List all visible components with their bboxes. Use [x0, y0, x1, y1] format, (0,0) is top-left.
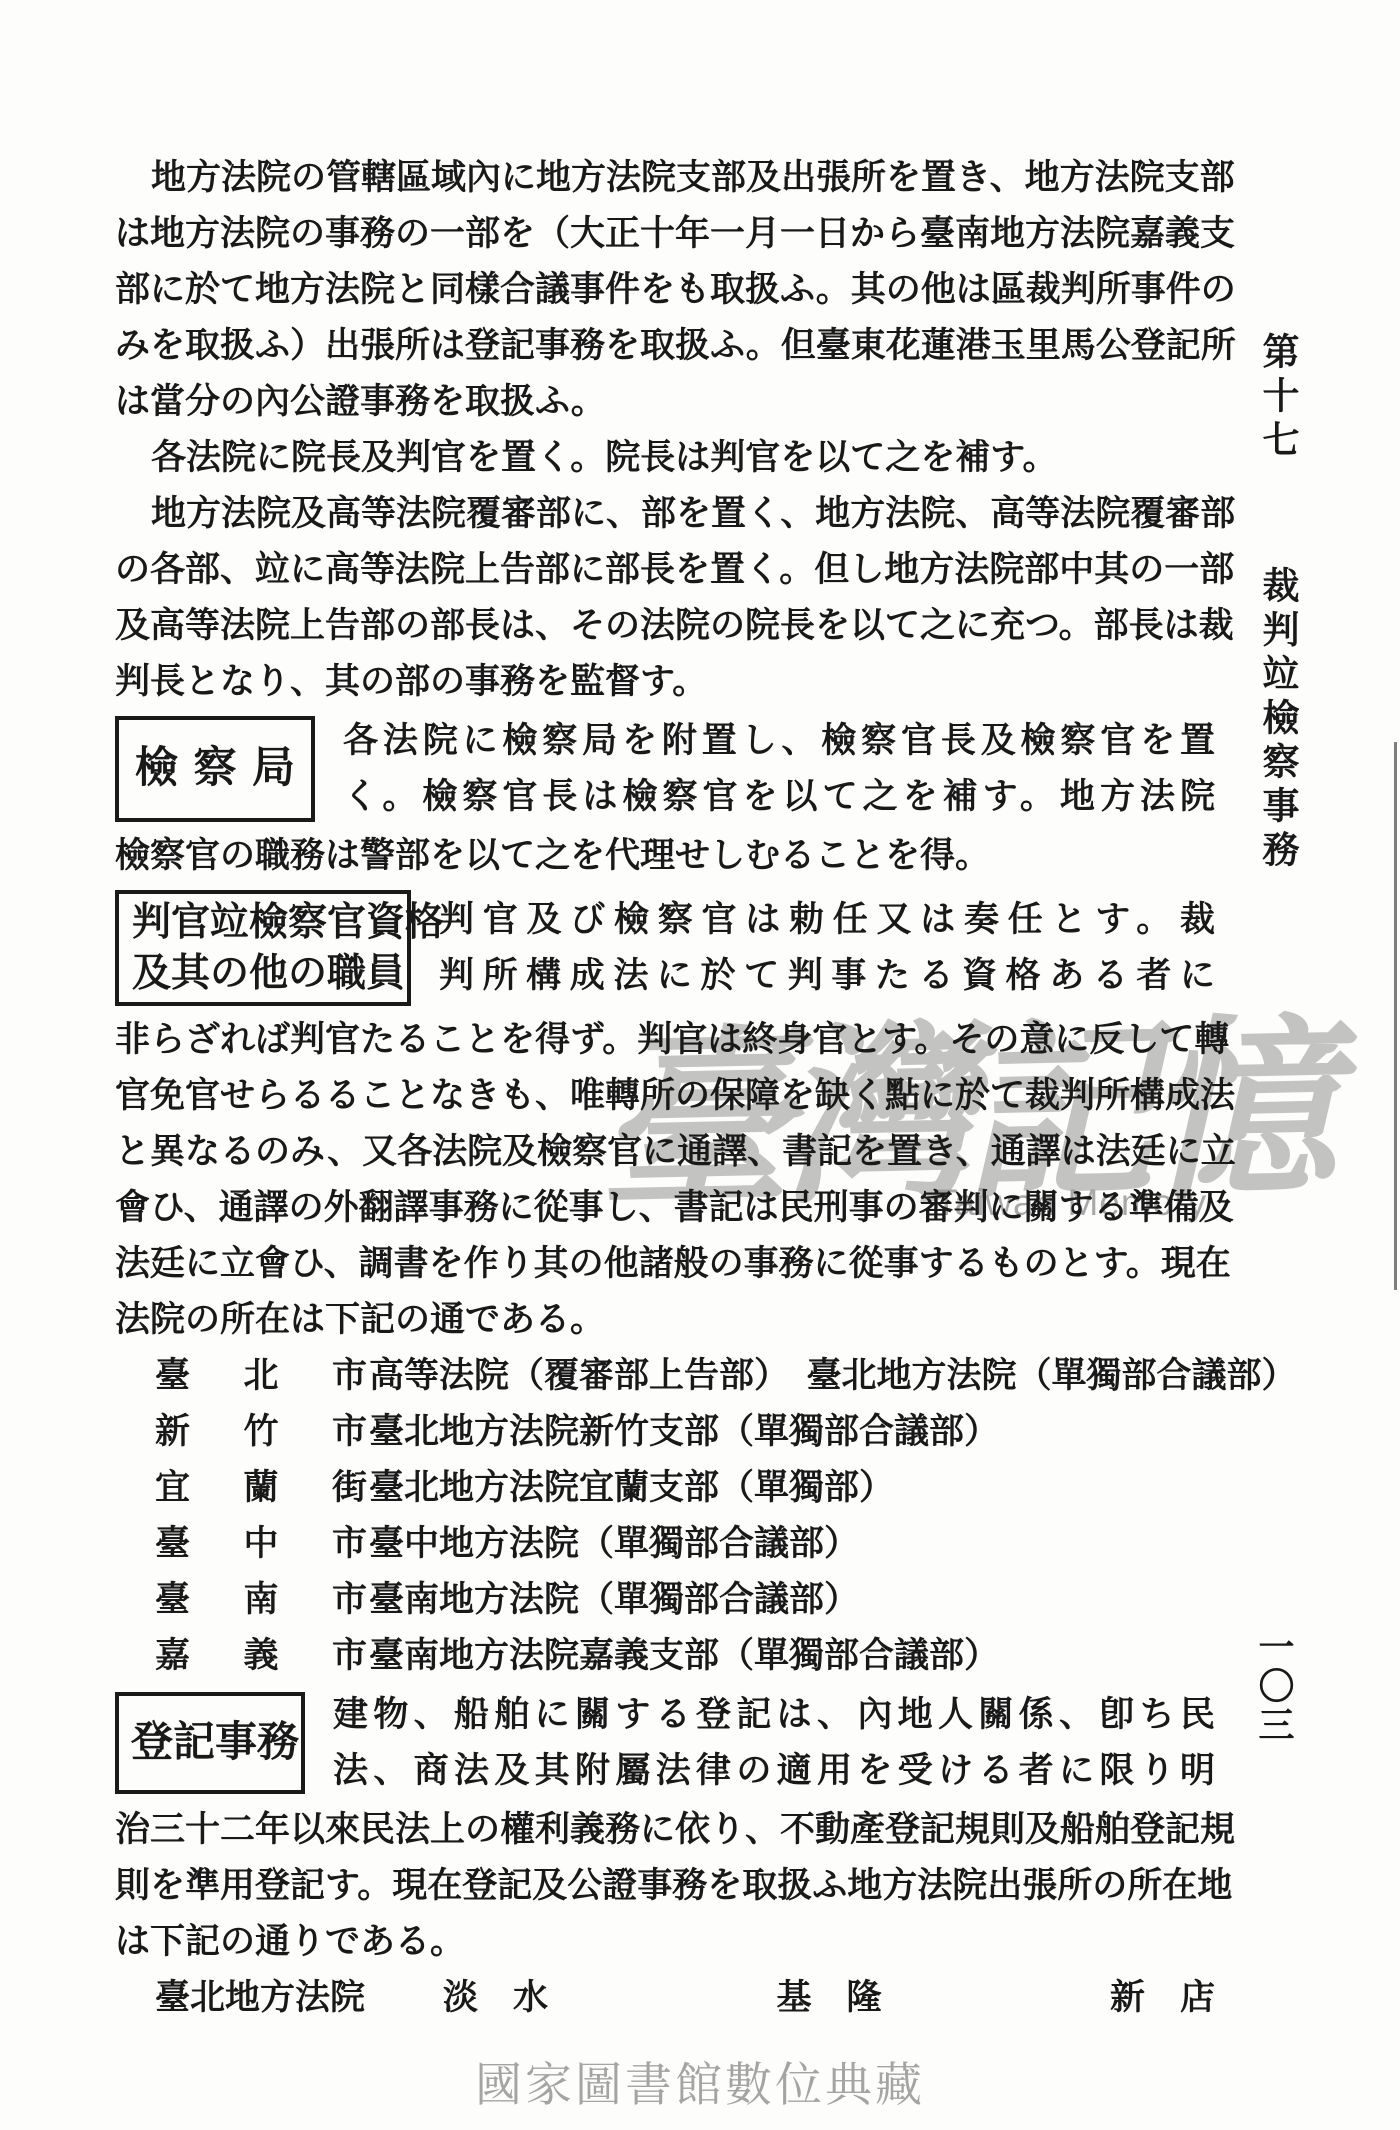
registry-court-name: 臺北地方法院 [155, 1970, 365, 2026]
section-judge-prosecutor-qualifications: 判官竝檢察官資格 及其の他の職員 判官及び檢察官は勅任又は奏任とす。裁 判所構成… [115, 890, 1215, 1006]
court-description: 臺北地方法院新竹支部（單獨部合議部） [369, 1404, 999, 1460]
text-line: 法院の所在は下記の通である。 [115, 1292, 1215, 1348]
text-line: は當分の內公證事務を取扱ふ。 [115, 374, 1215, 430]
chapter-number: 第十七 [1256, 332, 1297, 464]
court-description: 高等法院（覆審部上告部） 臺北地方法院（單獨部合議部） [369, 1348, 1297, 1404]
court-row: 新竹市臺北地方法院新竹支部（單獨部合議部） [115, 1404, 1215, 1460]
text-line: 判官及び檢察官は勅任又は奏任とす。裁 [439, 892, 1215, 948]
section-prosecution-bureau: 檢察局 各法院に檢察局を附置し、檢察官長及檢察官を置 く。檢察官長は檢察官を以て… [115, 713, 1215, 825]
section-heading-title: 登記事務 [131, 1719, 289, 1767]
text-line: 各法院に院長及判官を置く。院長は判官を以て之を補す。 [115, 430, 1215, 486]
court-row: 臺中市臺中地方法院（單獨部合議部） [115, 1516, 1215, 1572]
text-line: 會ひ、通譯の外翻譯事務に從事し、書記は民刑事の審判に關する準備及 [115, 1180, 1215, 1236]
section-side-text: 建物、船舶に關する登記は、內地人關係、卽ち民 法、商法及其附屬法律の適用を受ける… [333, 1687, 1215, 1799]
text-line: 建物、船舶に關する登記は、內地人關係、卽ち民 [333, 1687, 1215, 1743]
registry-office-list: 淡 水 基 隆 新 店 [365, 1970, 1215, 2026]
court-description: 臺北地方法院宜蘭支部（單獨部） [369, 1460, 894, 1516]
text-line: 治三十二年以來民法上の權利義務に依り、不動產登記規則及船舶登記規 [115, 1802, 1215, 1858]
text-line: は地方法院の事務の一部を（大正十年一月一日から臺南地方法院嘉義支 [115, 206, 1215, 262]
text-line: 部に於て地方法院と同樣合議事件をも取扱ふ。其の他は區裁判所事件の [115, 262, 1215, 318]
text-line: 非らざれば判官たることを得ず。判官は終身官とす。その意に反して轉 [115, 1012, 1215, 1068]
registry-office: 新 店 [1110, 1970, 1215, 2026]
main-text-column: 地方法院の管轄區域內に地方法院支部及出張所を置き、地方法院支部 は地方法院の事務… [115, 150, 1215, 2026]
court-description: 臺南地方法院嘉義支部（單獨部合議部） [369, 1628, 999, 1684]
text-line: 則を準用登記す。現在登記及公證事務を取扱ふ地方法院出張所の所在地 [115, 1858, 1215, 1914]
text-line: 法廷に立會ひ、調書を作り其の他諸般の事務に從事するものとす。現在 [115, 1236, 1215, 1292]
registry-office: 淡 水 [443, 1970, 548, 2026]
court-row: 臺南市臺南地方法院（單獨部合議部） [115, 1572, 1215, 1628]
text-line: 地方法院の管轄區域內に地方法院支部及出張所を置き、地方法院支部 [115, 150, 1215, 206]
page-edge-scan-line [1394, 742, 1397, 1290]
registry-offices-row: 臺北地方法院 淡 水 基 隆 新 店 [115, 1970, 1215, 2026]
text-line: 判長となり、其の部の事務を監督す。 [115, 654, 1215, 710]
text-line: く。檢察官長は檢察官を以て之を補す。地方法院 [343, 769, 1215, 825]
chapter-margin-header: 第十七 裁判竝檢察事務 [1256, 332, 1296, 874]
text-line: 及高等法院上告部の部長は、その法院の院長を以て之に充つ。部長は裁 [115, 598, 1215, 654]
text-line: 檢察官の職務は警部を以て之を代理せしむることを得。 [115, 828, 1215, 884]
court-city: 宜蘭街 [155, 1460, 367, 1516]
text-line: 法、商法及其附屬法律の適用を受ける者に限り明 [333, 1743, 1215, 1799]
text-line: 地方法院及高等法院覆審部に、部を置く、地方法院、高等法院覆審部 [115, 486, 1215, 542]
text-line: の各部、竝に高等法院上告部に部長を置く。但し地方法院部中其の一部 [115, 542, 1215, 598]
national-library-watermark: 國家圖書館數位典藏 [475, 2048, 925, 2115]
chapter-title: 裁判竝檢察事務 [1256, 566, 1297, 874]
text-line: と異なるのみ、又各法院及檢察官に通譯、書記を置き、通譯は法廷に立 [115, 1124, 1215, 1180]
text-line: は下記の通りである。 [115, 1914, 1215, 1970]
section-registration-affairs: 登記事務 建物、船舶に關する登記は、內地人關係、卽ち民 法、商法及其附屬法律の適… [115, 1687, 1215, 1799]
text-line: 官免官せらるることなきも、唯轉所の保障を缺く點に於て裁判所構成法 [115, 1068, 1215, 1124]
court-row: 臺北市高等法院（覆審部上告部） 臺北地方法院（單獨部合議部） [115, 1348, 1215, 1404]
court-city: 臺南市 [155, 1572, 367, 1628]
section-heading-box: 判官竝檢察官資格 及其の他の職員 [115, 890, 411, 1006]
registry-office: 基 隆 [777, 1970, 882, 2026]
section-side-text: 判官及び檢察官は勅任又は奏任とす。裁 判所構成法に於て判事たる資格ある者に [439, 892, 1215, 1004]
section-side-text: 各法院に檢察局を附置し、檢察官長及檢察官を置 く。檢察官長は檢察官を以て之を補す… [343, 713, 1215, 825]
section-heading-title: 檢察局 [135, 745, 295, 793]
text-line: みを取扱ふ）出張所は登記事務を取扱ふ。但臺東花蓮港玉里馬公登記所 [115, 318, 1215, 374]
section-heading-box: 檢察局 [115, 716, 315, 822]
court-city: 新竹市 [155, 1404, 367, 1460]
text-line: 各法院に檢察局を附置し、檢察官長及檢察官を置 [343, 713, 1215, 769]
court-city: 嘉義市 [155, 1628, 367, 1684]
court-row: 宜蘭街臺北地方法院宜蘭支部（單獨部） [115, 1460, 1215, 1516]
court-city: 臺北市 [155, 1348, 367, 1404]
section-heading-title: 判官竝檢察官資格 [132, 897, 394, 948]
scanned-book-page: 臺灣記憶 Taiwan Memory 國家圖書館數位典藏 第十七 裁判竝檢察事務… [0, 0, 1400, 2130]
court-description: 臺南地方法院（單獨部合議部） [369, 1572, 859, 1628]
section-heading-box: 登記事務 [115, 1692, 305, 1794]
court-city: 臺中市 [155, 1516, 367, 1572]
page-number: 一〇三 [1254, 1628, 1294, 1745]
court-description: 臺中地方法院（單獨部合議部） [369, 1516, 859, 1572]
text-line: 判所構成法に於て判事たる資格ある者に [439, 948, 1215, 1004]
court-row: 嘉義市臺南地方法院嘉義支部（單獨部合議部） [115, 1628, 1215, 1684]
section-heading-title: 及其の他の職員 [132, 948, 394, 999]
